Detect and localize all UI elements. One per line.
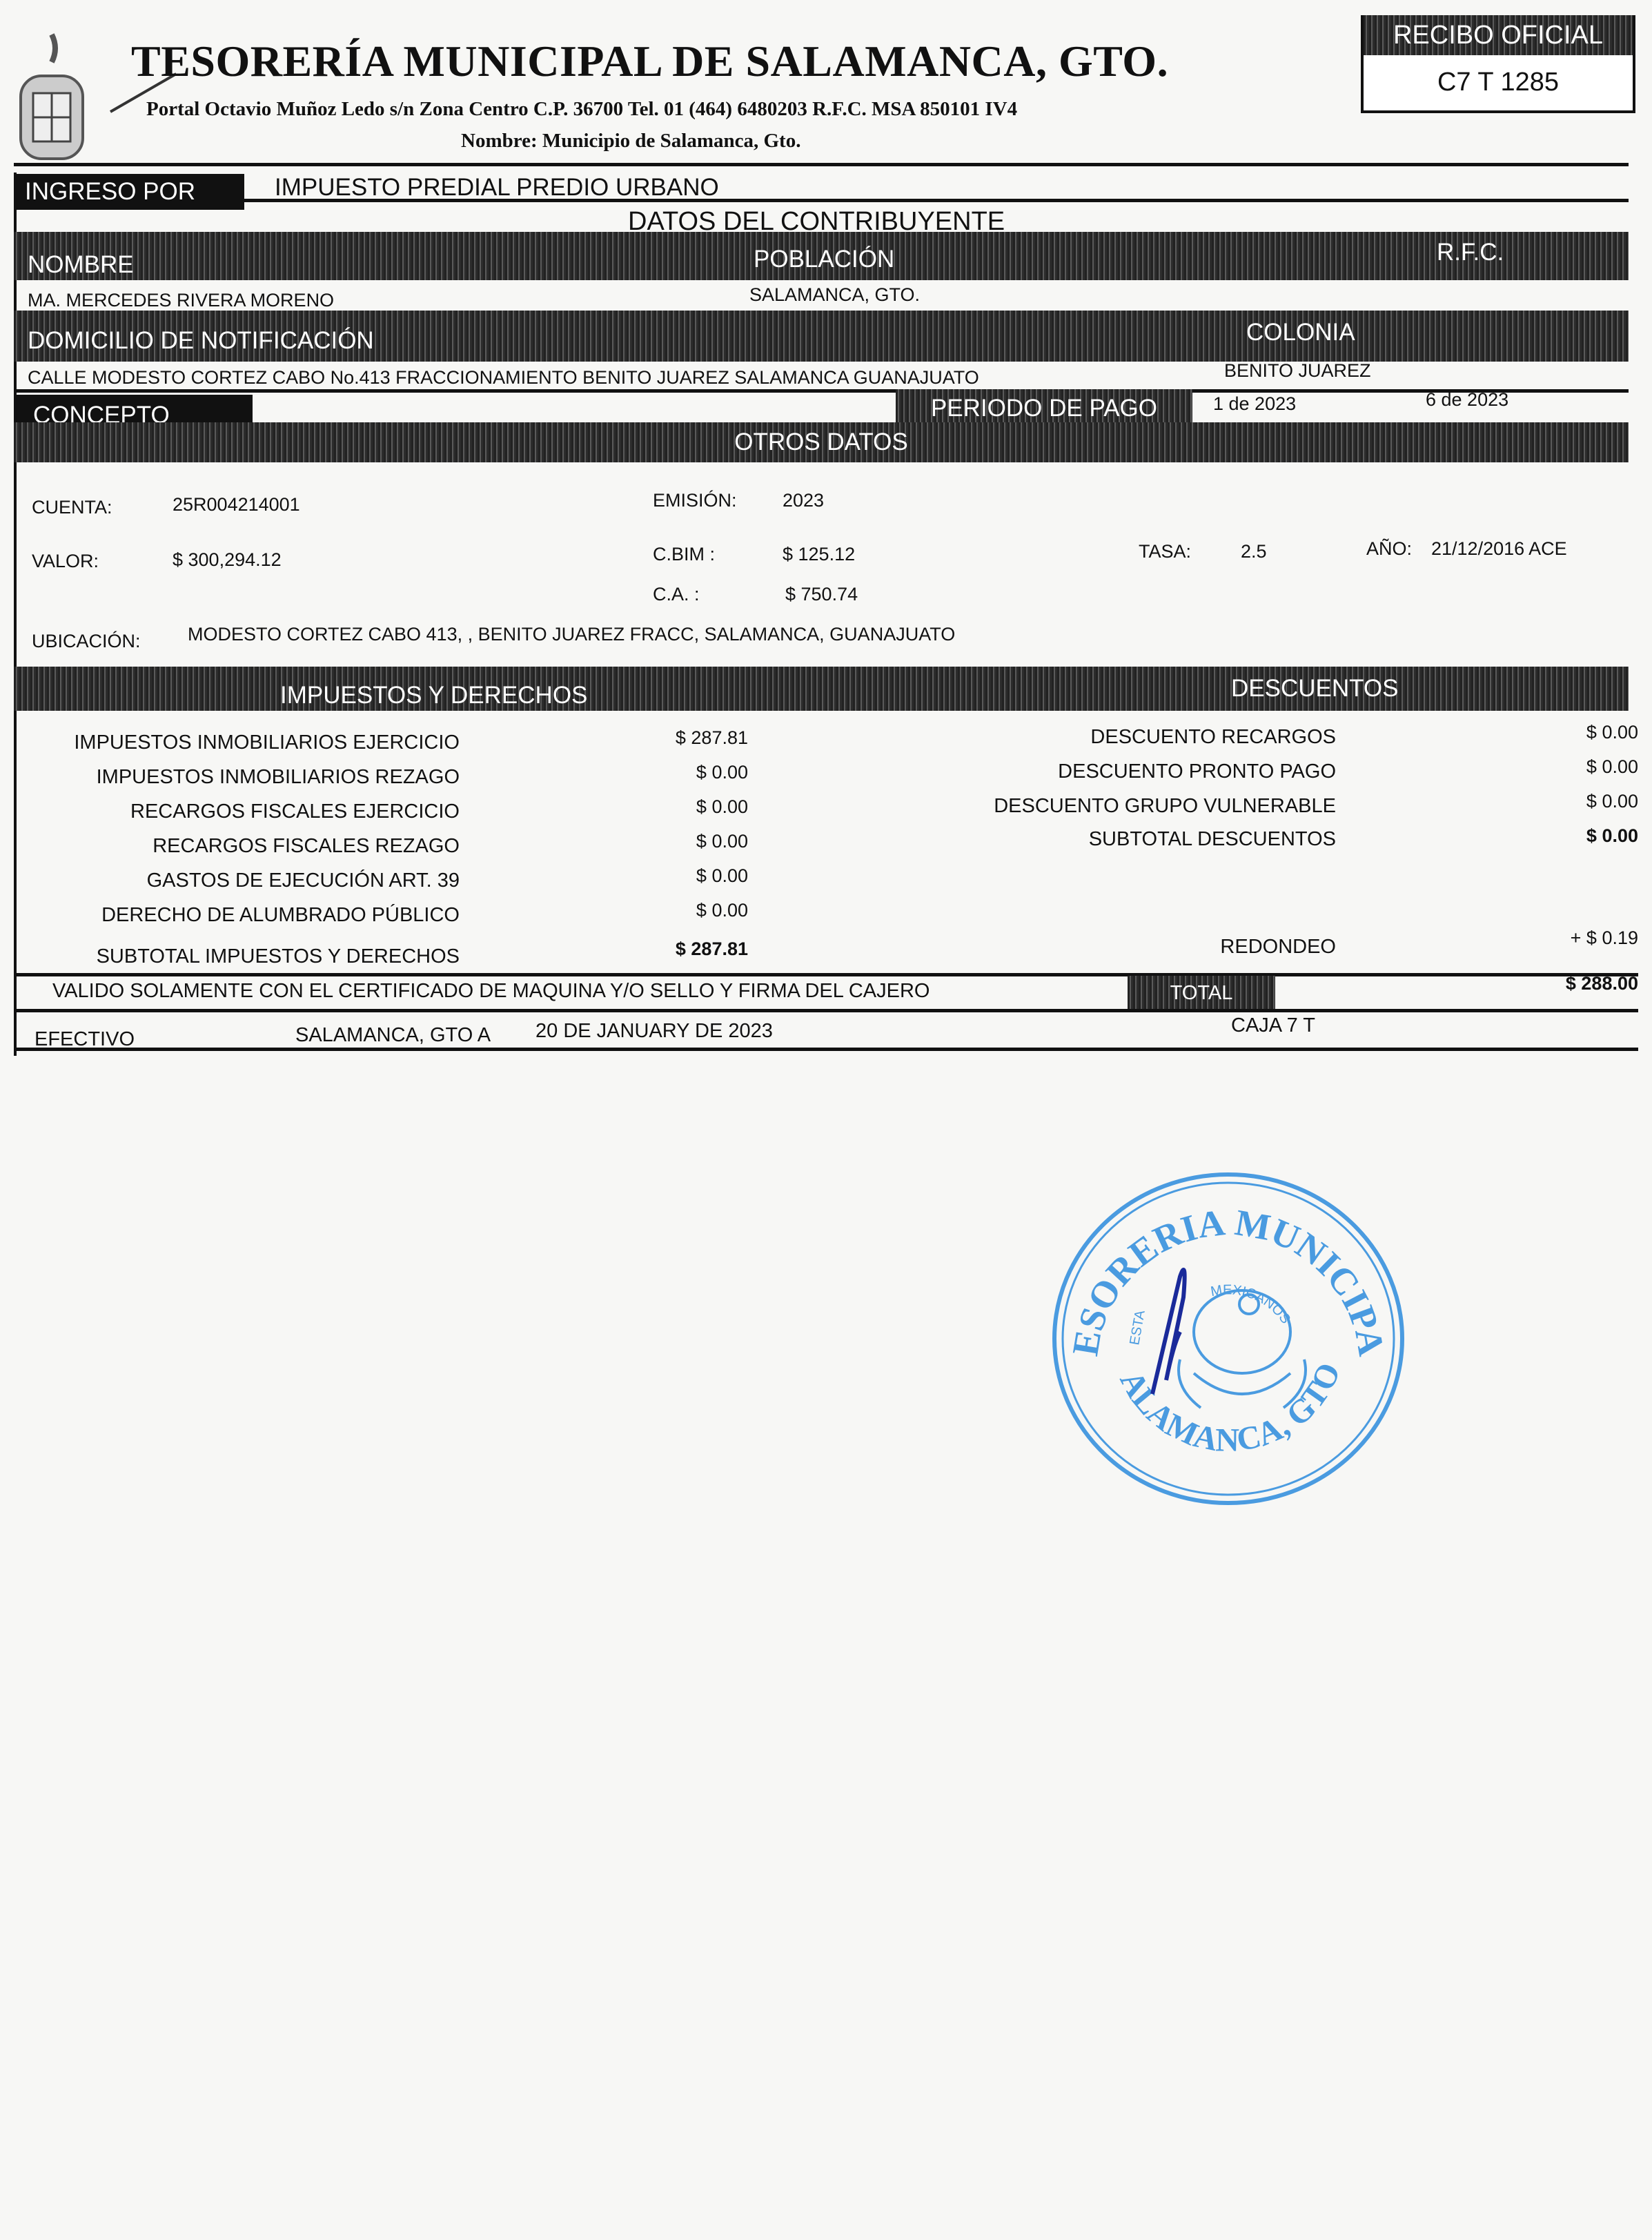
rule	[14, 1048, 1638, 1051]
ca-label: C.A. :	[653, 584, 700, 605]
caja: CAJA 7 T	[1231, 1014, 1315, 1037]
poblacion-label: POBLACIÓN	[754, 246, 894, 273]
date: 20 DE JANUARY DE 2023	[535, 1020, 773, 1043]
impuestos-descuentos-band: IMPUESTOS Y DERECHOS DESCUENTOS	[14, 667, 1629, 711]
impuesto-label: RECARGOS FISCALES EJERCICIO	[28, 800, 460, 823]
periodo-hasta: 6 de 2023	[1426, 389, 1508, 411]
colonia-label: COLONIA	[1246, 319, 1355, 346]
valor-value: $ 300,294.12	[173, 549, 282, 571]
stamp-text-inner: MEXICANOS	[1210, 1282, 1293, 1326]
cuenta-value: 25R004214001	[173, 494, 300, 515]
domicilio-label: DOMICILIO DE NOTIFICACIÓN	[28, 327, 374, 355]
anio-value: 21/12/2016 ACE	[1431, 538, 1567, 560]
logo	[14, 28, 90, 166]
stamp-text-top: TESORERIA MUNICIPAL	[1042, 1166, 1393, 1359]
impuesto-label: GASTOS DE EJECUCIÓN ART. 39	[28, 870, 460, 892]
ubicacion-value: MODESTO CORTEZ CABO 413, , BENITO JUAREZ…	[188, 624, 955, 645]
ubicacion-label: UBICACIÓN:	[32, 631, 141, 652]
descuento-amount: $ 0.00	[1491, 756, 1638, 778]
tasa-value: 2.5	[1241, 541, 1267, 562]
mexican-eagle-icon	[1179, 1290, 1306, 1408]
impuestos-subtotal-amount: $ 287.81	[607, 939, 748, 960]
redondeo-amount: + $ 0.19	[1491, 927, 1638, 949]
descuento-amount: $ 0.00	[1491, 791, 1638, 812]
place: SALAMANCA, GTO A	[295, 1024, 491, 1047]
contribuyente-header-band: NOMBRE POBLACIÓN R.F.C.	[14, 232, 1629, 280]
issuer-name: Nombre: Municipio de Salamanca, Gto.	[461, 130, 800, 153]
ingreso-label: INGRESO POR	[14, 174, 244, 210]
descuentos-subtotal-amount: $ 0.00	[1491, 825, 1638, 847]
rule	[14, 1009, 1638, 1012]
impuesto-label: DERECHO DE ALUMBRADO PÚBLICO	[28, 904, 460, 927]
descuento-amount: $ 0.00	[1491, 722, 1638, 743]
top-rule	[14, 163, 1629, 166]
total-label: TOTAL	[1128, 976, 1275, 1010]
impuesto-amount: $ 0.00	[607, 796, 748, 818]
impuesto-amount: $ 0.00	[607, 762, 748, 783]
issuer-address: Portal Octavio Muñoz Ledo s/n Zona Centr…	[146, 98, 1017, 121]
periodo-desde: 1 de 2023	[1213, 393, 1296, 415]
descuento-label: DESCUENTO GRUPO VULNERABLE	[897, 795, 1336, 818]
emision-label: EMISIÓN:	[653, 490, 737, 511]
descuento-label: DESCUENTO PRONTO PAGO	[897, 760, 1336, 783]
rule	[233, 199, 1629, 202]
impuestos-title: IMPUESTOS Y DERECHOS	[280, 682, 587, 709]
impuesto-label: IMPUESTOS INMOBILIARIOS REZAGO	[28, 766, 460, 789]
receipt-label: RECIBO OFICIAL	[1364, 15, 1633, 55]
receipt-number: C7 T 1285	[1364, 68, 1633, 97]
total-amount: $ 288.00	[1491, 973, 1638, 994]
redondeo-label: REDONDEO	[1035, 936, 1336, 959]
cuenta-label: CUENTA:	[32, 497, 112, 518]
valor-label: VALOR:	[32, 551, 99, 572]
emision-value: 2023	[783, 490, 824, 511]
issuer-title: TESORERÍA MUNICIPAL DE SALAMANCA, GTO.	[131, 36, 1168, 87]
nombre-label: NOMBRE	[28, 251, 134, 279]
rule	[14, 973, 1638, 976]
receipt-box: RECIBO OFICIAL C7 T 1285	[1361, 15, 1635, 113]
rule	[14, 389, 1629, 393]
svg-text:TESORERIA MUNICIPAL: TESORERIA MUNICIPAL	[1042, 1166, 1393, 1359]
cbim-label: C.BIM :	[653, 544, 715, 565]
cbim-value: $ 125.12	[783, 544, 855, 565]
impuesto-amount: $ 287.81	[607, 727, 748, 749]
impuesto-amount: $ 0.00	[607, 900, 748, 921]
impuesto-amount: $ 0.00	[607, 865, 748, 887]
ingreso-value: IMPUESTO PREDIAL PREDIO URBANO	[275, 174, 719, 202]
ca-value: $ 750.74	[785, 584, 858, 605]
descuentos-title: DESCUENTOS	[1231, 675, 1398, 703]
nombre-value: MA. MERCEDES RIVERA MORENO	[28, 290, 334, 311]
impuesto-label: IMPUESTOS INMOBILIARIOS EJERCICIO	[28, 731, 460, 754]
official-stamp: TESORERIA MUNICIPAL SALAMANCA, GTO. MEXI…	[1042, 1166, 1415, 1511]
colonia-value: BENITO JUAREZ	[1224, 360, 1371, 382]
rfc-label: R.F.C.	[1437, 239, 1504, 266]
impuestos-subtotal-label: SUBTOTAL IMPUESTOS Y DERECHOS	[28, 945, 460, 968]
impuesto-label: RECARGOS FISCALES REZAGO	[28, 835, 460, 858]
domicilio-value: CALLE MODESTO CORTEZ CABO No.413 FRACCIO…	[28, 367, 979, 389]
otros-datos-title: OTROS DATOS	[14, 422, 1629, 462]
anio-label: AÑO:	[1366, 538, 1412, 560]
svg-text:MEXICANOS: MEXICANOS	[1210, 1282, 1293, 1326]
impuesto-amount: $ 0.00	[607, 831, 748, 852]
validity-note: VALIDO SOLAMENTE CON EL CERTIFICADO DE M…	[52, 980, 930, 1003]
descuento-label: DESCUENTO RECARGOS	[897, 726, 1336, 749]
municipal-coat-of-arms-icon	[14, 28, 90, 166]
poblacion-value: SALAMANCA, GTO.	[749, 284, 920, 306]
descuentos-subtotal-label: SUBTOTAL DESCUENTOS	[897, 828, 1336, 851]
tasa-label: TASA:	[1139, 541, 1191, 562]
domicilio-header-band: DOMICILIO DE NOTIFICACIÓN COLONIA	[14, 311, 1629, 362]
stamp-text-esta: ESTA	[1127, 1308, 1148, 1346]
frame-left	[14, 173, 17, 1056]
